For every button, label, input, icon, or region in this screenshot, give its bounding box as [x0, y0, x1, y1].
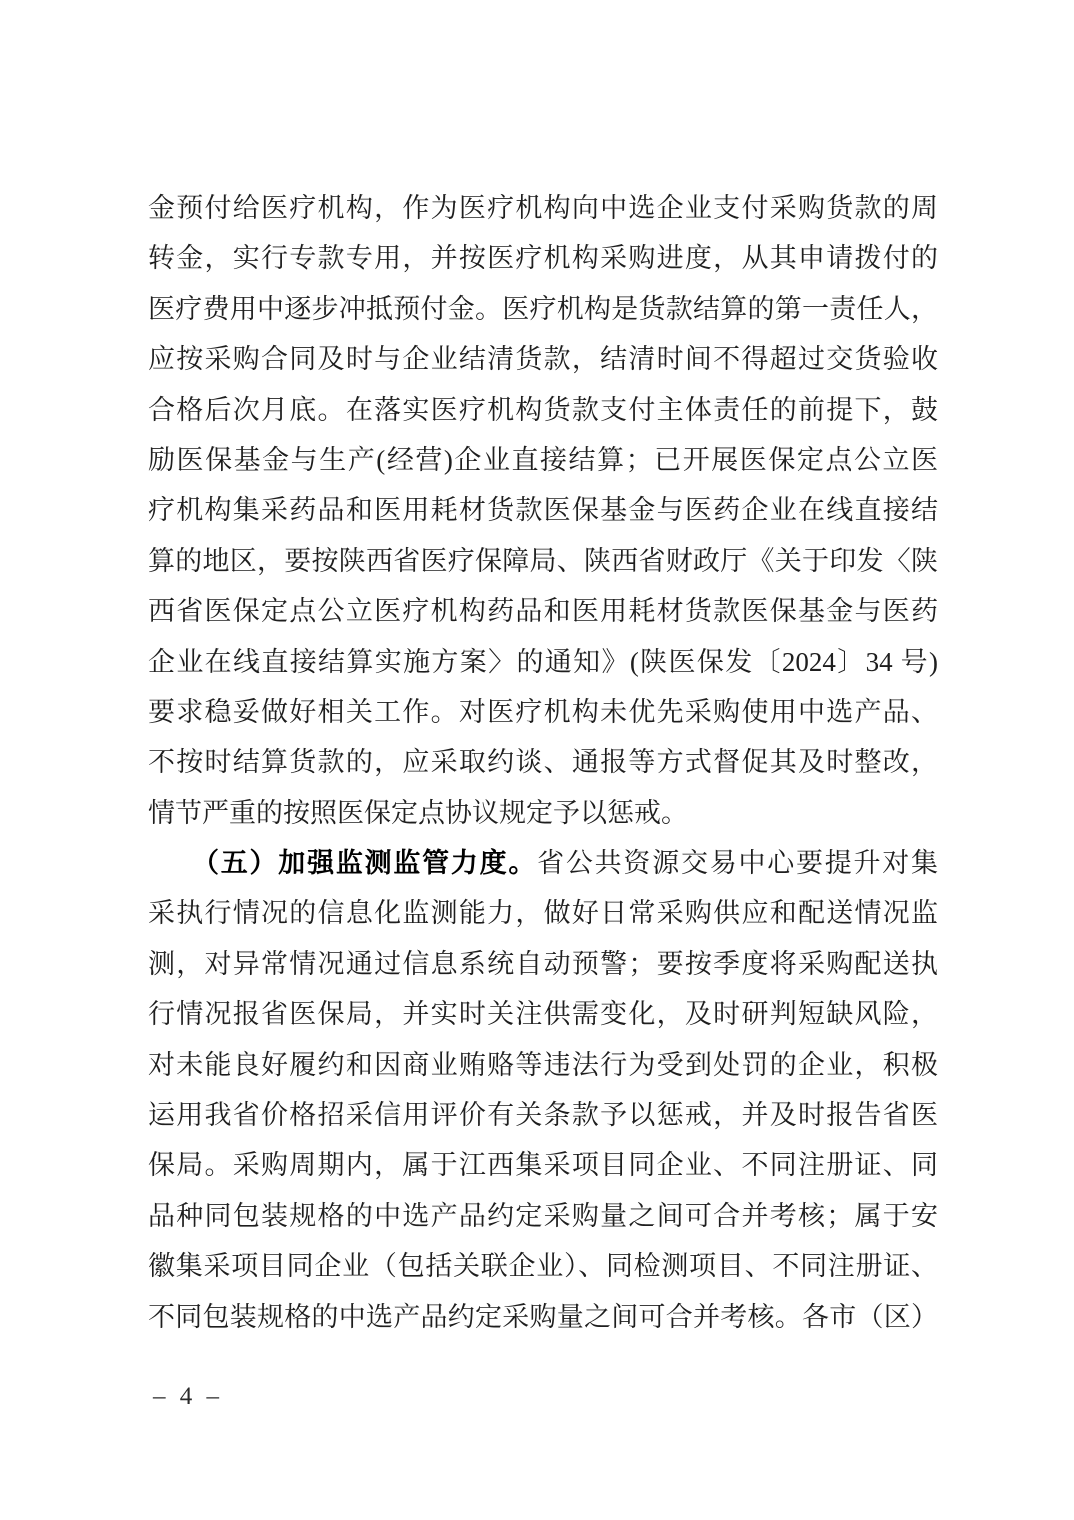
text-line: 行情况报省医保局，并实时关注供需变化，及时研判短缺风险， [148, 989, 938, 1039]
text-line: 医疗费用中逐步冲抵预付金。医疗机构是货款结算的第一责任人， [148, 284, 938, 334]
document-text: 金预付给医疗机构，作为医疗机构向中选企业支付采购货款的周转金，实行专款专用，并按… [148, 183, 938, 1342]
text-line: 金预付给医疗机构，作为医疗机构向中选企业支付采购货款的周 [148, 183, 938, 233]
text-line: 测，对异常情况通过信息系统自动预警；要按季度将采购配送执 [148, 939, 938, 989]
text-line: （五）加强监测监管力度。省公共资源交易中心要提升对集 [148, 838, 938, 888]
text-line: 西省医保定点公立医疗机构药品和医用耗材货款医保基金与医药 [148, 586, 938, 636]
text-line: 不按时结算货款的，应采取约谈、通报等方式督促其及时整改， [148, 737, 938, 787]
text-line: 保局。采购周期内，属于江西集采项目同企业、不同注册证、同 [148, 1140, 938, 1190]
text-line: 徽集采项目同企业（包括关联企业）、同检测项目、不同注册证、 [148, 1241, 938, 1291]
text-line: 合格后次月底。在落实医疗机构货款支付主体责任的前提下，鼓 [148, 385, 938, 435]
text-line: 企业在线直接结算实施方案〉的通知》(陕医保发〔2024〕34 号) [148, 637, 938, 687]
text-line: 不同包装规格的中选产品约定采购量之间可合并考核。各市（区） [148, 1292, 938, 1342]
text-line: 运用我省价格招采信用评价有关条款予以惩戒，并及时报告省医 [148, 1090, 938, 1140]
page-number: – 4 – [153, 1382, 220, 1412]
text-line: 应按采购合同及时与企业结清货款，结清时间不得超过交货验收 [148, 334, 938, 384]
text-line: 励医保基金与生产(经营)企业直接结算；已开展医保定点公立医 [148, 435, 938, 485]
page: 金预付给医疗机构，作为医疗机构向中选企业支付采购货款的周转金，实行专款专用，并按… [0, 0, 1074, 1520]
text-line: 要求稳妥做好相关工作。对医疗机构未优先采购使用中选产品、 [148, 687, 938, 737]
text-line: 情节严重的按照医保定点协议规定予以惩戒。 [148, 788, 938, 838]
text-line: 采执行情况的信息化监测能力，做好日常采购供应和配送情况监 [148, 888, 938, 938]
text-line: 算的地区，要按陕西省医疗保障局、陕西省财政厅《关于印发〈陕 [148, 536, 938, 586]
text-line: 疗机构集采药品和医用耗材货款医保基金与医药企业在线直接结 [148, 485, 938, 535]
text-line: 转金，实行专款专用，并按医疗机构采购进度，从其申请拨付的 [148, 233, 938, 283]
text-line: 品种同包装规格的中选产品约定采购量之间可合并考核；属于安 [148, 1191, 938, 1241]
section-heading: （五）加强监测监管力度。 [206, 848, 538, 878]
text-line: 对未能良好履约和因商业贿赂等违法行为受到处罚的企业，积极 [148, 1040, 938, 1090]
